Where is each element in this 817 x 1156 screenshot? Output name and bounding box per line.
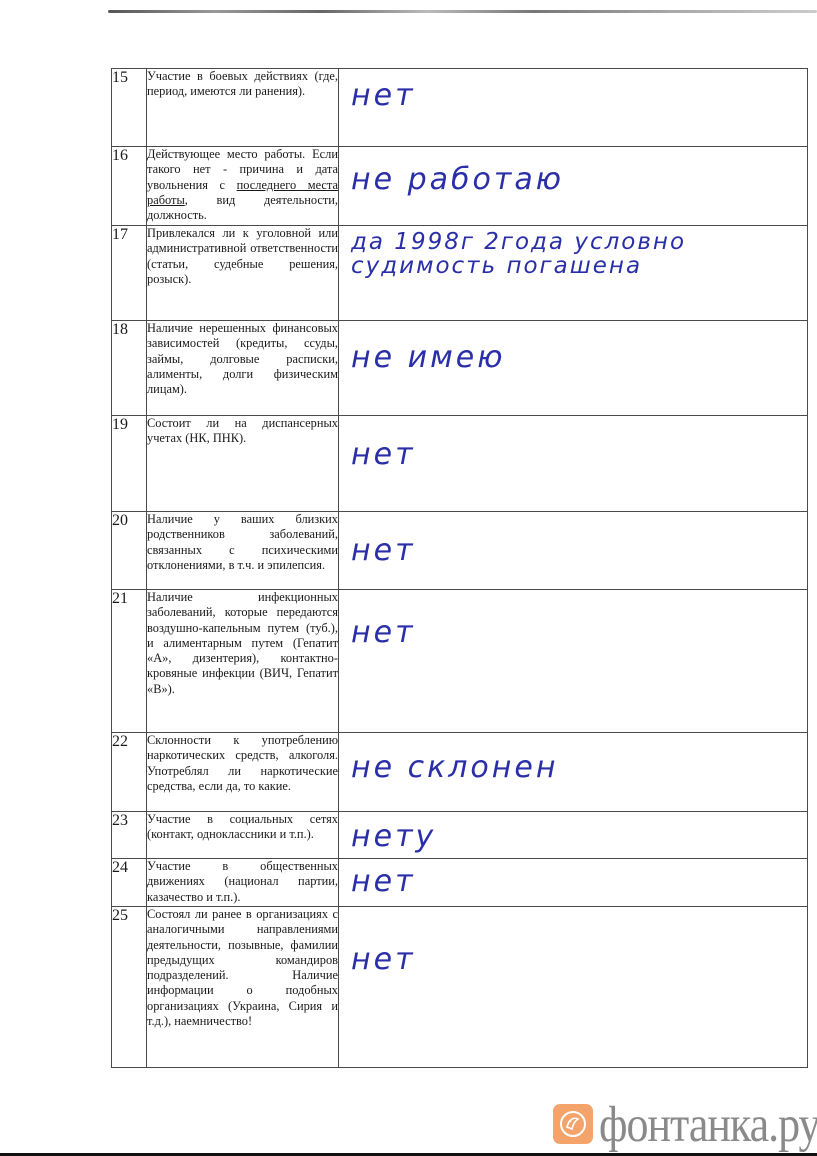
answer-cell: нет [339, 512, 808, 590]
answer-cell: нет [339, 859, 808, 907]
row-number: 25 [112, 907, 147, 1068]
answer-cell: не склонен [339, 733, 808, 812]
row-number: 16 [112, 147, 147, 226]
question-text: Участие в социальных сетях (контакт, одн… [147, 812, 339, 859]
row-number: 17 [112, 226, 147, 321]
scan-top-edge [108, 10, 817, 13]
table-row: 22 Склонности к употреблению наркотическ… [112, 733, 808, 812]
questionnaire-table: 15 Участие в боевых действиях (где, пери… [111, 68, 808, 1068]
row-number: 24 [112, 859, 147, 907]
table-row: 24 Участие в общественных движениях (нац… [112, 859, 808, 907]
watermark-text: фонтанка.ру [599, 1095, 817, 1154]
handwritten-answer: не склонен [339, 755, 807, 781]
table-row: 16 Действующее место работы. Если такого… [112, 147, 808, 226]
answer-cell: не имею [339, 321, 808, 416]
answer-cell: нет [339, 907, 808, 1068]
question-text: Участие в общественных движениях (национ… [147, 859, 339, 907]
question-text: Наличие нерешенных финансовых зависимост… [147, 321, 339, 416]
question-text: Действующее место работы. Если такого не… [147, 147, 339, 226]
question-text: Склонности к употреблению наркотических … [147, 733, 339, 812]
handwritten-answer: нет [339, 620, 807, 646]
handwritten-answer: нет [339, 442, 807, 468]
answer-cell: да 1998г 2года условно судимость погашен… [339, 226, 808, 321]
table-row: 25 Состоял ли ранее в организациях с ана… [112, 907, 808, 1068]
table-row: 17 Привлекался ли к уголовной или админи… [112, 226, 808, 321]
handwritten-answer: да 1998г 2года условно судимость погашен… [339, 230, 807, 278]
table-row: 15 Участие в боевых действиях (где, пери… [112, 69, 808, 147]
row-number: 15 [112, 69, 147, 147]
question-text: Состоит ли на диспансерных учетах (НК, П… [147, 416, 339, 512]
question-text: Участие в боевых действиях (где, период,… [147, 69, 339, 147]
question-text: Наличие у ваших близких родственников за… [147, 512, 339, 590]
table-row: 23 Участие в социальных сетях (контакт, … [112, 812, 808, 859]
table-row: 19 Состоит ли на диспансерных учетах (НК… [112, 416, 808, 512]
handwritten-answer: нет [339, 869, 807, 895]
answer-cell: нет [339, 590, 808, 733]
row-number: 20 [112, 512, 147, 590]
answer-cell: нет [339, 69, 808, 147]
answer-cell: не работаю [339, 147, 808, 226]
handwritten-answer: не имею [339, 345, 807, 371]
handwritten-answer: нет [339, 538, 807, 564]
handwritten-answer: нет [339, 83, 807, 109]
handwritten-answer: нет [339, 947, 807, 973]
table-row: 20 Наличие у ваших близких родственников… [112, 512, 808, 590]
question-text: Привлекался ли к уголовной или администр… [147, 226, 339, 321]
answer-cell: нету [339, 812, 808, 859]
handwritten-answer: нету [339, 824, 807, 850]
row-number: 21 [112, 590, 147, 733]
row-number: 23 [112, 812, 147, 859]
row-number: 22 [112, 733, 147, 812]
row-number: 18 [112, 321, 147, 416]
table-row: 21 Наличие инфекционных заболеваний, кот… [112, 590, 808, 733]
answer-cell: нет [339, 416, 808, 512]
fontanka-bird-logo-icon [553, 1104, 593, 1144]
handwritten-answer: не работаю [339, 167, 807, 193]
fontanka-watermark: фонтанка.ру ® [553, 1098, 817, 1150]
row-number: 19 [112, 416, 147, 512]
question-text: Состоял ли ранее в организациях с аналог… [147, 907, 339, 1068]
table-row: 18 Наличие нерешенных финансовых зависим… [112, 321, 808, 416]
question-text: Наличие инфекционных заболеваний, которы… [147, 590, 339, 733]
